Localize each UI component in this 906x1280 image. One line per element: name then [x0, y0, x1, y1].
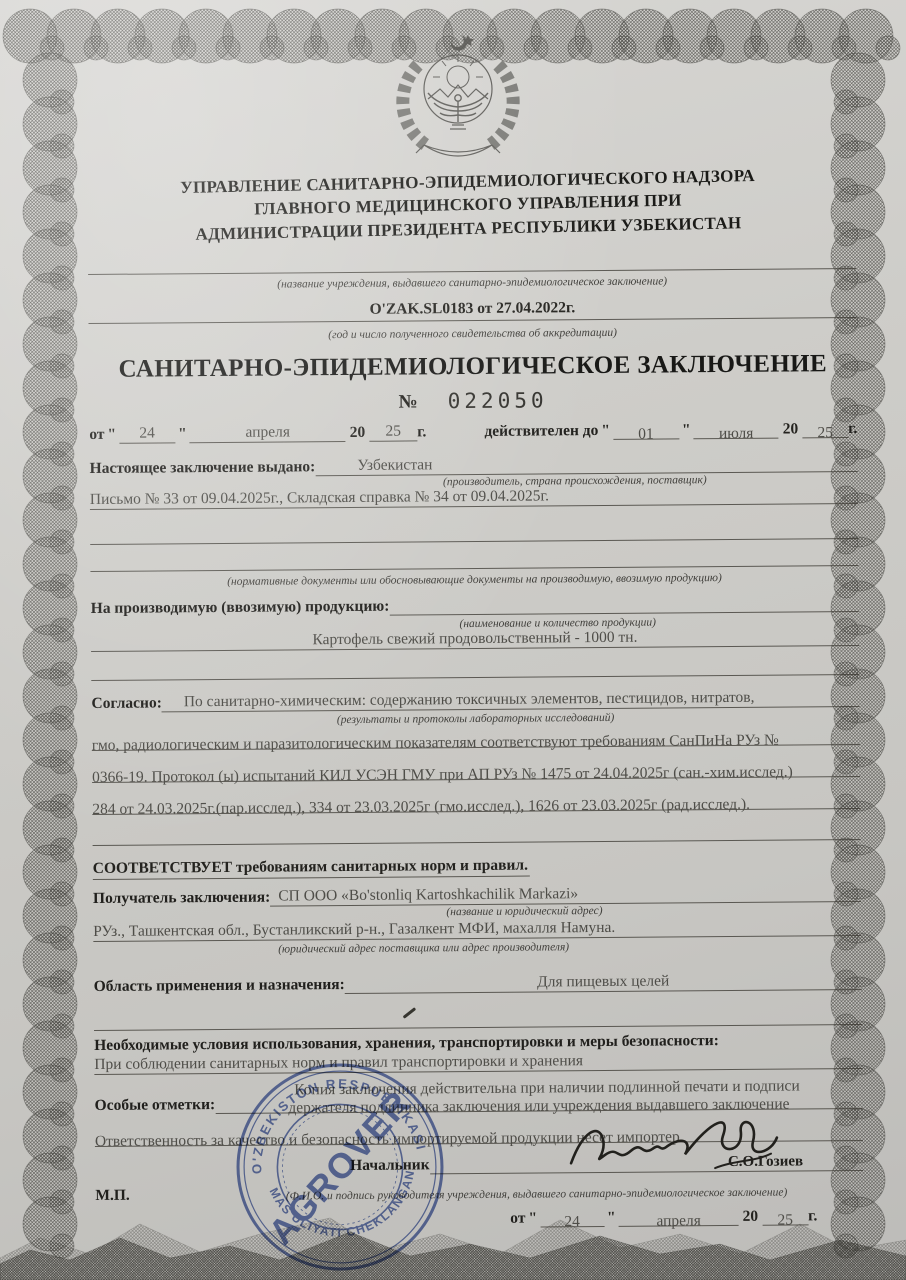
border-bead — [50, 398, 74, 422]
border-bead — [876, 36, 900, 60]
uzbekistan-emblem — [388, 26, 528, 168]
border-bead — [531, 9, 585, 63]
issue-month: апреля — [190, 423, 346, 443]
border-bead — [311, 9, 365, 63]
issued-to-label: Настоящее заключение выдано: — [90, 458, 316, 478]
border-bead — [40, 36, 64, 60]
border-bead — [50, 1058, 74, 1082]
certificate-paper: УПРАВЛЕНИЕ САНИТАРНО-ЭПИДЕМИОЛОГИЧЕСКОГО… — [0, 0, 906, 1280]
border-bead — [128, 36, 152, 60]
border-bead — [50, 1014, 74, 1038]
border-bead — [50, 442, 74, 466]
quote: " — [598, 422, 613, 440]
border-bead — [23, 405, 77, 459]
pen-mark — [403, 1007, 417, 1019]
quote: " — [175, 425, 190, 443]
border-bead — [23, 1021, 77, 1075]
application-label: Область применения и назначения: — [94, 976, 345, 996]
number-value: 022050 — [448, 388, 548, 413]
valid-day: 01 — [613, 420, 679, 440]
border-bead — [23, 493, 77, 547]
border-bead — [50, 838, 74, 862]
border-bead — [50, 1146, 74, 1170]
border-bead — [831, 97, 885, 151]
issue-century: 20 — [346, 424, 370, 442]
border-bead — [50, 1234, 74, 1258]
border-bead — [50, 618, 74, 642]
border-bead — [91, 9, 145, 63]
recipient-caption-addr: (юридический адрес поставщика или адрес … — [278, 942, 569, 957]
according-label: Согласно: — [91, 694, 162, 713]
border-bead — [50, 134, 74, 158]
border-bead — [700, 36, 724, 60]
border-bead — [831, 53, 885, 107]
border-bead — [50, 222, 74, 246]
products-label: На производимую (ввозимую) продукцию: — [91, 598, 390, 618]
border-bead — [23, 141, 77, 195]
number-label: № — [399, 391, 418, 413]
border-bead — [172, 36, 196, 60]
border-bead — [23, 625, 77, 679]
conformity-statement: СООТВЕТСТВУЕТ требованиям санитарных нор… — [93, 857, 530, 880]
quote: " — [679, 421, 694, 439]
border-bead — [23, 933, 77, 987]
border-bead — [656, 36, 680, 60]
border-bead — [23, 97, 77, 151]
border-bead — [3, 9, 57, 63]
border-bead — [612, 36, 636, 60]
border-bead — [575, 9, 629, 63]
border-bead — [135, 9, 189, 63]
issue-era: г. — [417, 423, 426, 441]
border-bead — [795, 9, 849, 63]
border-bead — [23, 845, 77, 899]
border-bead — [832, 36, 856, 60]
border-bead — [50, 90, 74, 114]
border-bead — [23, 1109, 77, 1163]
border-bead — [23, 1153, 77, 1207]
border-bead — [619, 9, 673, 63]
valid-day-value: 01 — [638, 426, 654, 444]
border-bead — [50, 354, 74, 378]
border-bead — [50, 750, 74, 774]
dates-row: от " 24 " апреля 20 25 г. действителен д… — [89, 410, 857, 444]
border-bead — [834, 1234, 858, 1258]
border-bead — [50, 926, 74, 950]
border-bead — [23, 53, 77, 107]
border-bead — [23, 229, 77, 283]
agrover-stamp: O'ZBEKISTON RESPUBLIKASI ✶ MAS'ULIYATI C… — [219, 1046, 461, 1280]
sign-date-month: апреля — [656, 1212, 701, 1230]
border-bead — [744, 36, 768, 60]
border-bead — [50, 530, 74, 554]
border-bead — [50, 794, 74, 818]
border-bead — [50, 1102, 74, 1126]
border-bead — [50, 310, 74, 334]
border-bead — [751, 9, 805, 63]
border-bead — [47, 9, 101, 63]
blank-line — [94, 990, 862, 1031]
border-bead — [50, 662, 74, 686]
seal-place-label: М.П. — [95, 1187, 130, 1205]
border-bead — [23, 713, 77, 767]
border-bead — [23, 1197, 77, 1251]
border-bead — [23, 537, 77, 591]
border-bead — [50, 970, 74, 994]
border-bead — [216, 36, 240, 60]
border-bead — [50, 486, 74, 510]
border-bead — [304, 36, 328, 60]
border-bead — [707, 9, 761, 63]
sign-date-year: 25 — [777, 1211, 793, 1229]
document-title: САНИТАРНО-ЭПИДЕМИОЛОГИЧЕСКОЕ ЗАКЛЮЧЕНИЕ — [119, 350, 828, 384]
border-bead — [23, 449, 77, 503]
signature-scribble — [565, 1109, 796, 1181]
valid-year-value: 25 — [817, 424, 833, 442]
recipient-label: Получатель заключения: — [93, 889, 270, 908]
border-bead — [23, 801, 77, 855]
org-header: УПРАВЛЕНИЕ САНИТАРНО-ЭПИДЕМИОЛОГИЧЕСКОГО… — [89, 162, 846, 248]
border-bead — [50, 706, 74, 730]
sign-date-century: 20 — [739, 1208, 763, 1226]
valid-era: г. — [848, 420, 857, 438]
valid-month-value: июля — [719, 425, 753, 443]
valid-century: 20 — [779, 420, 803, 438]
border-bead — [788, 36, 812, 60]
border-bead — [50, 266, 74, 290]
special-label: Особые отметки: — [95, 1096, 216, 1115]
certificate-form: (название учреждения, выдавшего санитарн… — [88, 256, 864, 1231]
border-bead — [50, 1190, 74, 1214]
issue-year: 25 — [369, 422, 417, 441]
sign-date-day: 24 — [564, 1213, 580, 1231]
border-bead — [23, 977, 77, 1031]
border-bead — [663, 9, 717, 63]
accreditation-caption: (год и число полученного свидетельства о… — [328, 327, 617, 342]
border-bead — [23, 757, 77, 811]
border-bead — [839, 9, 893, 63]
recipient-caption-name: (название и юридический адрес) — [446, 905, 602, 919]
border-bead — [179, 9, 233, 63]
valid-label: действителен до — [484, 422, 598, 441]
blank-line — [90, 504, 858, 545]
quote: " — [525, 1209, 540, 1227]
border-bead — [23, 1065, 77, 1119]
border-bead — [834, 134, 858, 158]
border-bead — [260, 36, 284, 60]
quote: " — [104, 426, 119, 444]
border-bead — [84, 36, 108, 60]
border-bead — [23, 185, 77, 239]
border-bead — [223, 9, 277, 63]
border-bead — [23, 669, 77, 723]
border-bead — [267, 9, 321, 63]
issue-date-label: от — [89, 426, 104, 444]
accreditation-value: O'ZAK.SL0183 от 27.04.2022г. — [370, 299, 576, 319]
border-bead — [50, 574, 74, 598]
issue-day: 24 — [119, 424, 175, 443]
border-bead — [834, 90, 858, 114]
according-caption: (результаты и протоколы лабораторных исс… — [337, 712, 615, 727]
border-bead — [23, 581, 77, 635]
sign-date-label: от — [510, 1210, 525, 1228]
border-bead — [23, 273, 77, 327]
border-bead — [50, 882, 74, 906]
border-bead — [23, 361, 77, 415]
border-bead — [23, 889, 77, 943]
border-bead — [23, 317, 77, 371]
sign-date-era: г. — [808, 1207, 817, 1225]
quote: " — [604, 1209, 619, 1227]
border-bead — [568, 36, 592, 60]
border-bead — [50, 178, 74, 202]
crescent-icon — [451, 35, 467, 51]
border-bead — [348, 36, 372, 60]
